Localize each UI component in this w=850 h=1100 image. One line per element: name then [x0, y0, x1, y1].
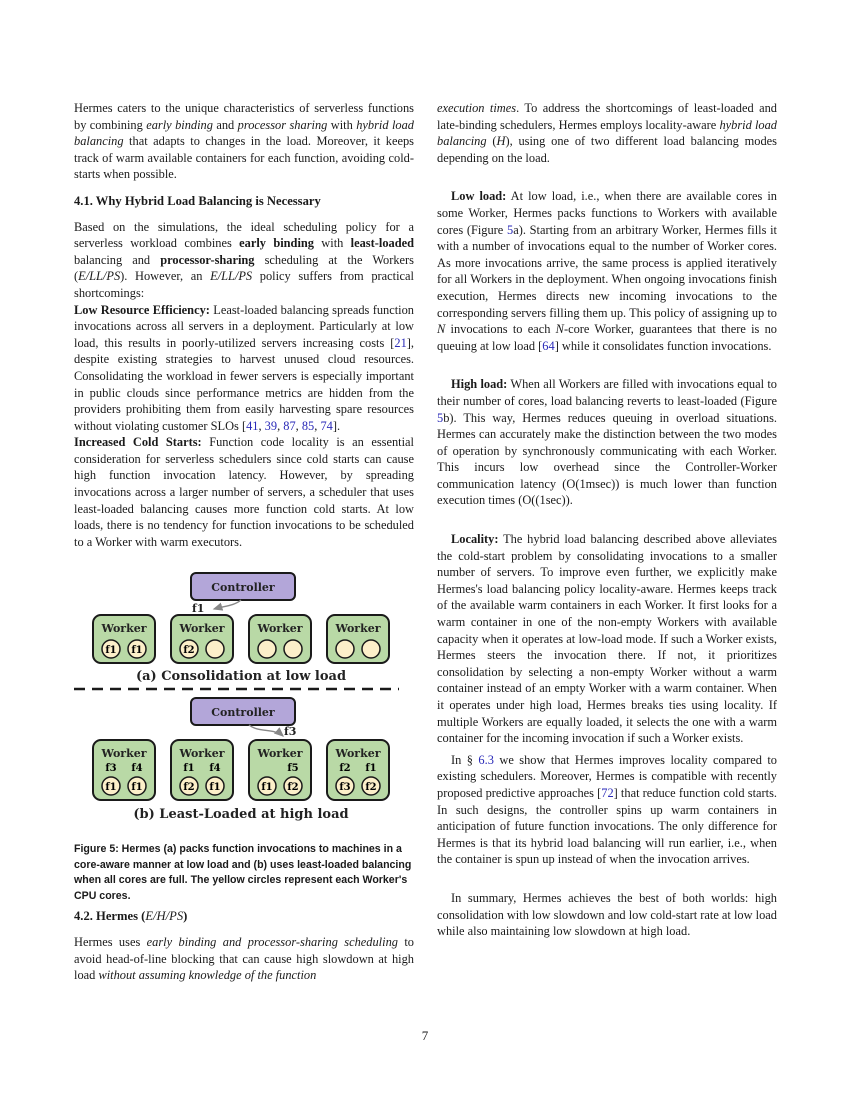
svg-text:f5: f5: [287, 763, 298, 774]
figure-5: Controller f1 Worker f1 f1 Worker f2: [74, 568, 414, 838]
worker-b3: Worker f5 f1 f2: [249, 740, 311, 800]
svg-text:Worker: Worker: [256, 622, 302, 635]
citation-link[interactable]: 41: [246, 419, 258, 433]
worker-b2: Worker f1 f4 f2 f1: [171, 740, 233, 800]
svg-text:f1: f1: [105, 645, 116, 656]
figure-caption: Figure 5: Hermes (a) packs function invo…: [74, 842, 414, 904]
svg-text:f1: f1: [183, 763, 194, 774]
worker-a1: Worker f1 f1: [93, 615, 155, 663]
panel-b-caption: (b) Least-Loaded at high load: [133, 807, 348, 822]
svg-text:Worker: Worker: [256, 747, 302, 760]
svg-text:f4: f4: [209, 763, 220, 774]
svg-text:Worker: Worker: [178, 622, 224, 635]
citation-link[interactable]: 64: [542, 339, 554, 353]
low-resource-efficiency-paragraph: Low Resource Efficiency: Least-loaded ba…: [74, 302, 414, 435]
intro-paragraph: Hermes caters to the unique characterist…: [74, 100, 414, 183]
svg-text:f1: f1: [192, 602, 204, 615]
svg-text:Worker: Worker: [100, 622, 146, 635]
section-ref-paragraph: In § 6.3 we show that Hermes improves lo…: [437, 752, 777, 868]
svg-text:Controller: Controller: [211, 581, 275, 594]
citation-link[interactable]: 87: [283, 419, 295, 433]
figure-5-diagram: Controller f1 Worker f1 f1 Worker f2: [74, 568, 414, 838]
svg-text:f3: f3: [105, 763, 116, 774]
svg-text:f1: f1: [105, 782, 116, 793]
worker-b4: Worker f2 f1 f3 f2: [327, 740, 389, 800]
svg-text:f2: f2: [365, 782, 376, 793]
low-load-paragraph: Low load: At low load, i.e., when there …: [437, 188, 777, 354]
panel-a: Controller f1 Worker f1 f1 Worker f2: [93, 573, 389, 684]
svg-text:f1: f1: [209, 782, 220, 793]
section-heading-4-2: 4.2. Hermes (E/H/PS): [74, 908, 414, 925]
svg-text:f2: f2: [183, 645, 194, 656]
svg-text:f1: f1: [261, 782, 272, 793]
citation-link[interactable]: 39: [265, 419, 277, 433]
worker-b1: Worker f3 f4 f1 f1: [93, 740, 155, 800]
worker-a2: Worker f2: [171, 615, 233, 663]
svg-text:Worker: Worker: [334, 747, 380, 760]
panel-b: Controller f3 Worker f3 f4 f1 f1 Worker …: [93, 698, 389, 822]
svg-text:f1: f1: [131, 782, 142, 793]
svg-text:f3: f3: [284, 725, 296, 738]
citation-link[interactable]: 85: [302, 419, 314, 433]
increased-cold-starts-paragraph: Increased Cold Starts: Function code loc…: [74, 434, 414, 550]
svg-text:f3: f3: [339, 782, 350, 793]
worker-a3: Worker: [249, 615, 311, 663]
svg-text:f1: f1: [131, 645, 142, 656]
panel-a-caption: (a) Consolidation at low load: [136, 669, 346, 684]
citation-link[interactable]: 21: [394, 336, 406, 350]
left-column: Hermes caters to the unique characterist…: [74, 100, 414, 984]
svg-text:f4: f4: [131, 763, 142, 774]
page-number: 7: [0, 1028, 850, 1044]
svg-text:f2: f2: [183, 782, 194, 793]
svg-text:Controller: Controller: [211, 706, 275, 719]
svg-text:Worker: Worker: [334, 622, 380, 635]
right-column: execution times. To address the shortcom…: [437, 100, 777, 940]
svg-text:f2: f2: [287, 782, 298, 793]
locality-paragraph: Locality: The hybrid load balancing desc…: [437, 531, 777, 747]
high-load-paragraph: High load: When all Workers are filled w…: [437, 376, 777, 509]
worker-a4: Worker: [327, 615, 389, 663]
ideal-policy-paragraph: Based on the simulations, the ideal sche…: [74, 219, 414, 302]
citation-link[interactable]: 72: [601, 786, 613, 800]
svg-text:f2: f2: [339, 763, 350, 774]
citation-link[interactable]: 74: [320, 419, 332, 433]
svg-text:Worker: Worker: [100, 747, 146, 760]
section-heading-4-1: 4.1. Why Hybrid Load Balancing is Necess…: [74, 193, 414, 210]
svg-text:Worker: Worker: [178, 747, 224, 760]
section-ref-link[interactable]: 6.3: [478, 753, 494, 767]
continuation-paragraph: execution times. To address the shortcom…: [437, 100, 777, 166]
svg-text:f1: f1: [365, 763, 376, 774]
hermes-paragraph: Hermes uses early binding and processor-…: [74, 934, 414, 984]
summary-paragraph: In summary, Hermes achieves the best of …: [437, 890, 777, 940]
